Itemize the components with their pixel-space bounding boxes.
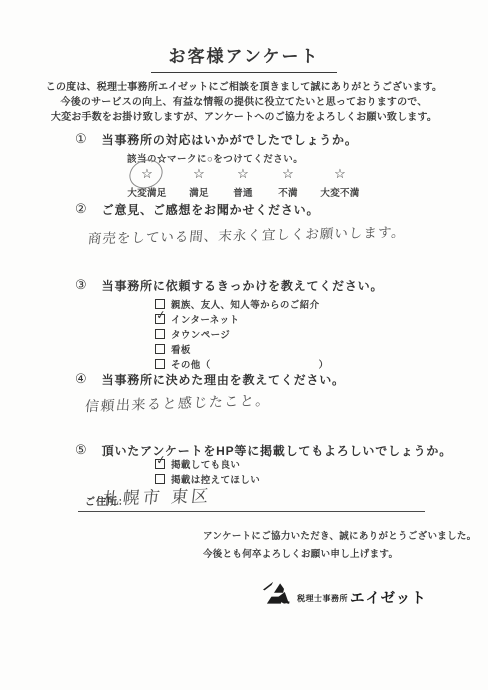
question-4-handwritten-answer: 信頼出来ると感じたこと。 — [84, 390, 272, 417]
intro-paragraph: この度は、税理士事務所エイゼットにご相談を頂きまして誠にありがとうございます。 … — [0, 80, 488, 125]
closing-line: アンケートにご協力いただき、誠にありがとうございました。 — [203, 528, 476, 546]
checkbox-icon: ✓ — [155, 459, 165, 469]
address-underline — [78, 511, 425, 512]
option-townpage: ✓ タウンページ — [155, 327, 328, 342]
star-icon: ☆ — [220, 166, 266, 182]
star-rating-row: ☆ 大変満足 ☆ 満足 ☆ 普通 ☆ 不満 ☆ 大変不満 — [116, 166, 370, 199]
page-title: お客様アンケート — [151, 42, 338, 73]
star-icon: ☆ — [310, 166, 370, 182]
rating-option-very-satisfied: ☆ 大変満足 — [116, 166, 178, 199]
option-label: タウンページ — [171, 327, 230, 341]
question-2-heading: ② ご意見、ご感想をお聞かせください。 — [75, 201, 319, 218]
intro-line: 今後のサービスの向上、有益な情報の提供に役立てたいと思っておりますので、 — [0, 95, 488, 110]
rating-option-dissatisfied: ☆ 不満 — [266, 166, 310, 199]
scanned-survey-form: お客様アンケート この度は、税理士事務所エイゼットにご相談を頂きまして誠にありが… — [0, 0, 488, 690]
rating-label: 大変不満 — [310, 185, 370, 199]
question-2-text: ご意見、ご感想をお聞かせください。 — [102, 201, 320, 218]
intro-line: この度は、税理士事務所エイゼットにご相談を頂きまして誠にありがとうございます。 — [0, 80, 488, 95]
star-icon: ☆ — [266, 166, 310, 182]
option-internet: ✓ インターネット — [155, 312, 328, 327]
logo-office-type: 税理士事務所 — [297, 593, 348, 604]
logo-office-name: エイゼット — [350, 587, 427, 608]
checkbox-icon: ✓ — [155, 359, 165, 369]
option-other-close-paren: ） — [319, 357, 329, 371]
option-signboard: ✓ 看板 — [155, 341, 328, 356]
option-label: 掲載しても良い — [171, 457, 240, 471]
star-icon: ☆ — [178, 166, 220, 182]
option-publish-ok: ✓ 掲載しても良い — [155, 457, 260, 472]
question-4-number: ④ — [75, 371, 87, 386]
footer-logo: 税理士事務所 エイゼット — [263, 580, 427, 607]
rating-option-neutral: ☆ 普通 — [220, 166, 266, 199]
question-5-number: ⑤ — [75, 442, 87, 457]
question-3-number: ③ — [75, 277, 87, 292]
option-label: インターネット — [171, 312, 239, 326]
intro-line: 大変お手数をお掛け致しますが、アンケートへのご協力をよろしくお願い致します。 — [0, 110, 488, 125]
rating-label: 普通 — [220, 185, 266, 199]
rating-label: 不満 — [266, 185, 310, 199]
option-referral: ✓ 親族、友人、知人等からのご紹介 — [155, 297, 328, 312]
question-1-number: ① — [75, 131, 87, 146]
option-label: その他（ — [171, 357, 211, 371]
rating-option-satisfied: ☆ 満足 — [178, 166, 220, 199]
aizet-logo-mark-icon — [263, 580, 291, 607]
question-4-heading: ④ 当事務所に決めた理由を教えてください。 — [75, 371, 345, 388]
rating-option-very-dissatisfied: ☆ 大変不満 — [310, 166, 370, 199]
option-label: 親族、友人、知人等からのご紹介 — [171, 297, 320, 311]
question-2-number: ② — [75, 201, 87, 216]
question-4-text: 当事務所に決めた理由を教えてください。 — [102, 371, 345, 388]
closing-line: 今後とも何卒よろしくお願い申し上げます。 — [203, 546, 476, 564]
address-handwritten-value: 札幌市 東区 — [102, 482, 213, 510]
checkbox-icon: ✓ — [155, 344, 165, 354]
checkbox-icon: ✓ — [155, 314, 165, 324]
title-wrap: お客様アンケート — [0, 42, 488, 73]
question-5-heading: ⑤ 頂いたアンケートをHP等に掲載してもよろしいでしょうか。 — [75, 442, 452, 459]
question-3-heading: ③ 当事務所に依頼するきっかけを教えてください。 — [75, 277, 383, 294]
closing-paragraph: アンケートにご協力いただき、誠にありがとうございました。 今後とも何卒よろしくお… — [203, 528, 476, 564]
rating-label: 満足 — [178, 185, 220, 199]
checkmark-icon: ✓ — [155, 309, 167, 322]
option-other: ✓ その他（ ） — [155, 356, 328, 371]
question-1-heading: ① 当事務所の対応はいかがでしたでしょうか。 — [75, 131, 358, 148]
question-3-text: 当事務所に依頼するきっかけを教えてください。 — [102, 277, 384, 294]
question-1-text: 当事務所の対応はいかがでしたでしょうか。 — [102, 131, 358, 148]
option-label: 看板 — [171, 342, 191, 356]
question-2-handwritten-answer: 商売をしている間、末永く宜しくお願いします。 — [87, 221, 407, 248]
checkbox-icon: ✓ — [155, 329, 165, 339]
question-3-options: ✓ 親族、友人、知人等からのご紹介 ✓ インターネット ✓ タウンページ ✓ 看… — [155, 297, 328, 371]
checkmark-icon: ✓ — [155, 454, 167, 467]
